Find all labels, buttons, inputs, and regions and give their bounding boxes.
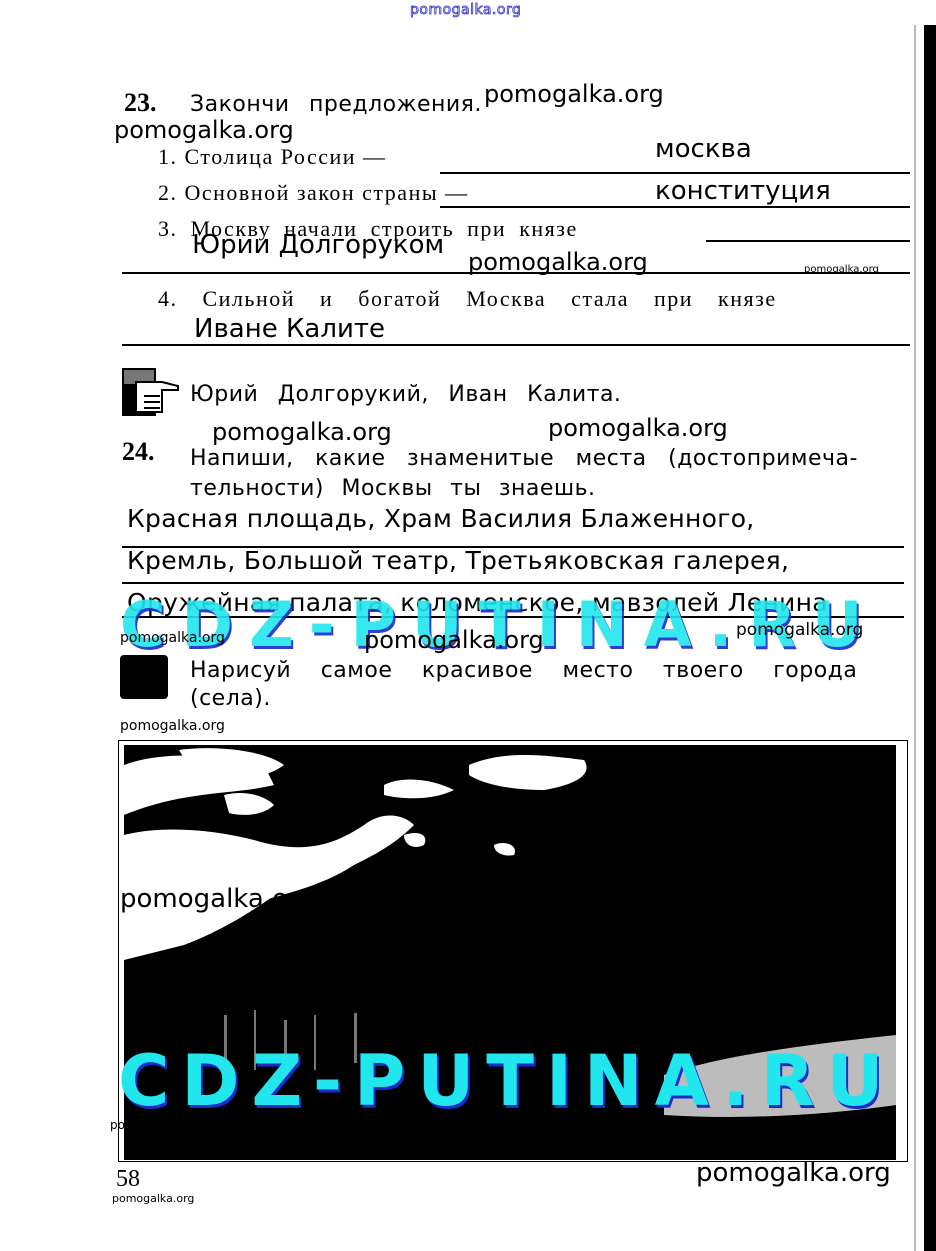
watermark-pomogalka: pomogalka.org [212, 418, 392, 446]
watermark-pomogalka: pomogalka.org [114, 116, 294, 144]
exercise-23-item-4-answer[interactable]: Иване Калите [194, 314, 385, 344]
exercise-23-item-2-prompt: 2. Основной закон страны — [158, 180, 469, 206]
watermark-pomogalka: pomogalka.org [736, 620, 863, 640]
scan-edge-band [924, 25, 936, 1251]
page-number: 58 [116, 1166, 140, 1193]
exercise-23-item-2-answer[interactable]: конституция [655, 176, 831, 206]
pencil-drawing-icon [120, 655, 168, 699]
exercise-23-item-3-answer[interactable]: Юрии Долгоруком [192, 230, 444, 260]
exercise-23-title: Закончи предложения. [190, 92, 482, 117]
answer-line [440, 206, 910, 208]
watermark-pomogalka: pomogalka.org [696, 1158, 891, 1188]
scan-edge-line [914, 25, 916, 1251]
exercise-24-answer-1[interactable]: Красная площадь, Храм Василия Блаженного… [127, 504, 755, 533]
exercise-23-item-1-prompt: 1. Столица России — [158, 144, 387, 170]
watermark-pomogalka-small: pomogalka.org [112, 1192, 194, 1205]
exercise-24-answer-2[interactable]: Кремль, Большой театр, Третьяковская гал… [127, 546, 789, 575]
answer-line [122, 272, 910, 274]
exercise-24-title-line1: Напиши, какие знаменитые места (достопри… [190, 446, 858, 471]
exercise-24-number: 24. [122, 437, 155, 467]
drawing-task-line2: (села). [190, 686, 271, 711]
drawing-task-line1: Нарисуй самое красивое место твоего горо… [190, 658, 857, 683]
watermark-pomogalka-small: pomogalka.org [120, 630, 225, 646]
answer-line [122, 582, 904, 584]
exercise-23-item-1-answer[interactable]: москва [655, 134, 752, 164]
answer-line [440, 172, 910, 174]
exercise-24-title-line2: тельности) Москвы ты знаешь. [190, 476, 596, 501]
watermark-top: pomogalka.org [410, 2, 521, 18]
watermark-pomogalka: pomogalka.org [548, 414, 728, 442]
exercise-23-item-4-prompt: 4. Сильной и богатой Москва стала при кн… [158, 286, 777, 312]
watermark-cdz-bottom: CDZ-PUTINA.RU [118, 1040, 895, 1122]
watermark-pomogalka: pomogalka.org [364, 626, 544, 654]
pointing-hand-icon [122, 368, 180, 416]
watermark-pomogalka: pomogalka.org [484, 80, 664, 108]
exercise-23-number: 23. [124, 88, 157, 118]
answer-line [706, 240, 910, 242]
exercise-23-hint: Юрий Долгорукий, Иван Калита. [190, 382, 621, 407]
answer-line [122, 344, 910, 346]
watermark-pomogalka-small: pomogalka.org [120, 718, 225, 734]
watermark-pomogalka: pomogalka.org [120, 884, 315, 914]
